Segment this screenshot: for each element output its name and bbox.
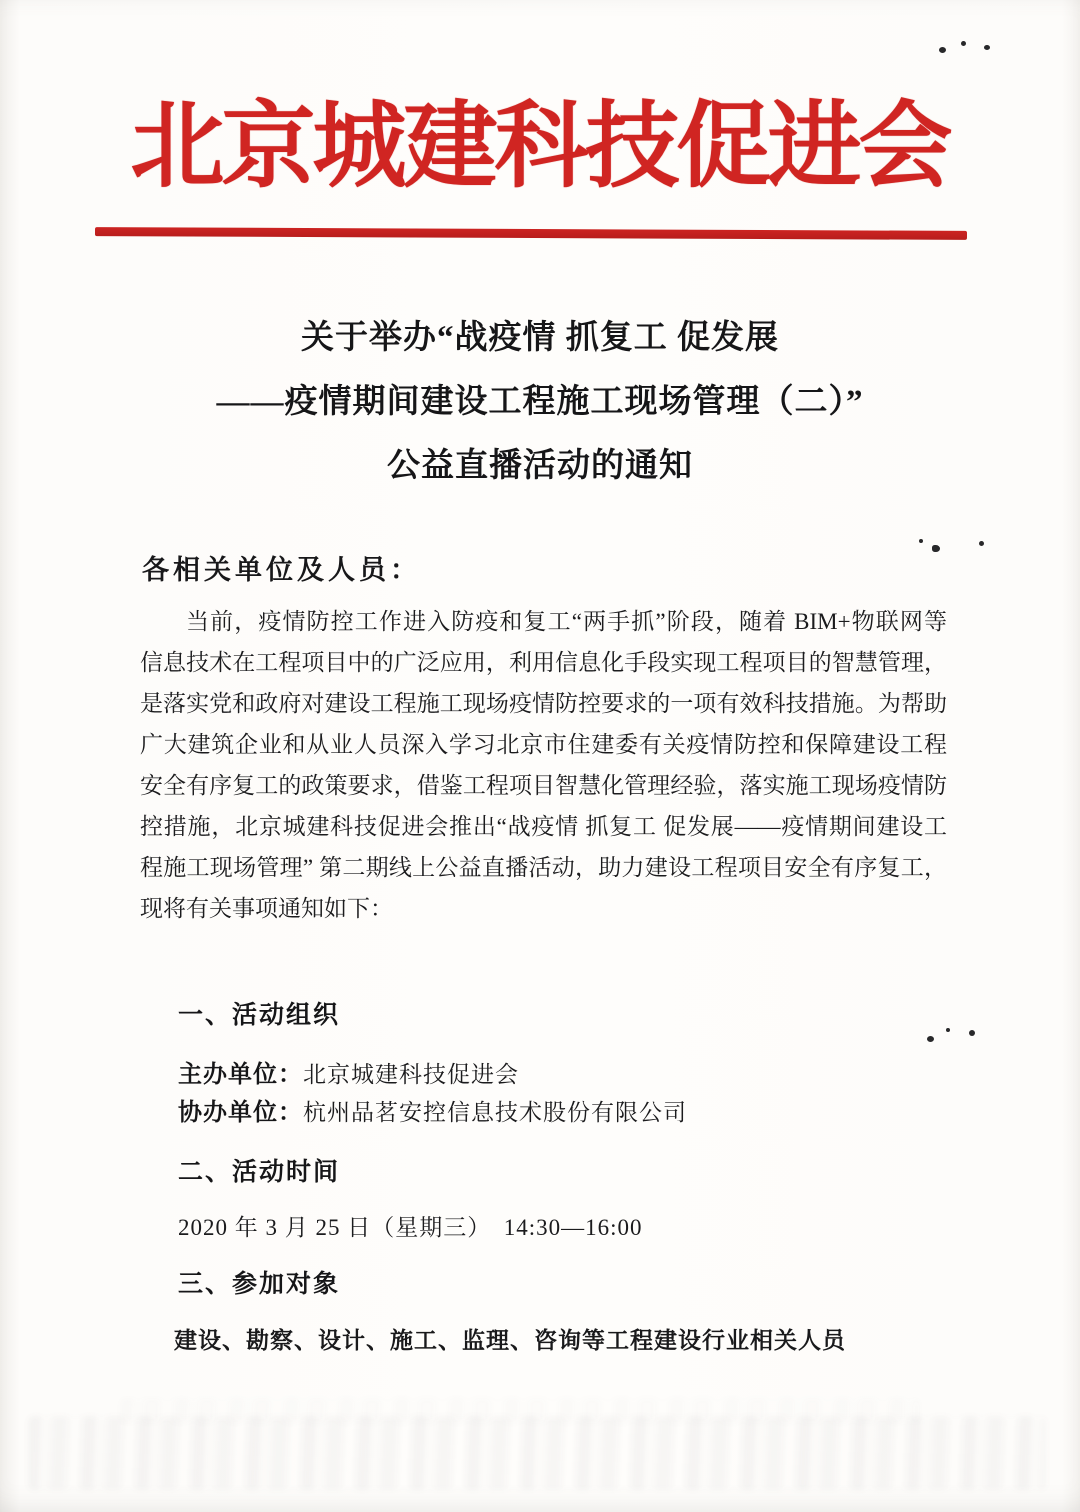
bleed-through-ghost	[28, 1416, 1046, 1490]
notice-title-line-2: ——疫情期间建设工程施工现场管理（二）”	[70, 370, 1010, 434]
section-heading-participants: 三、参加对象	[178, 1264, 340, 1300]
letterhead-title: 北京城建科技促进会	[0, 100, 1080, 194]
notice-title-line-1: 关于举办“战疫情 抓复工 促发展	[70, 306, 1010, 370]
salutation: 各相关单位及人员：	[142, 548, 421, 587]
body-paragraph: 当前，疫情防控工作进入防疫和复工“两手抓”阶段，随着 BIM+物联网等 信息技术…	[140, 601, 947, 929]
section-heading-time: 二、活动时间	[178, 1152, 340, 1188]
scan-speck	[984, 45, 990, 50]
scan-speck	[969, 1030, 975, 1036]
scan-speck	[961, 41, 966, 46]
cohost-unit-row: 协办单位：杭州品茗安控信息技术股份有限公司	[178, 1092, 687, 1127]
cohost-unit-label: 协办单位：	[178, 1099, 303, 1126]
paragraph-line: 是落实党和政府对建设工程施工现场疫情防控要求的一项有效科技措施。为帮助	[140, 683, 947, 724]
scan-speck	[979, 541, 984, 546]
scan-speck	[939, 47, 946, 53]
scan-speck	[932, 545, 940, 552]
event-datetime: 2020 年 3 月 25 日（星期三） 14:30—16:00	[178, 1209, 643, 1242]
paragraph-line: 控措施，北京城建科技促进会推出“战疫情 抓复工 促发展——疫情期间建设工	[140, 806, 947, 847]
cohost-unit-value: 杭州品茗安控信息技术股份有限公司	[303, 1100, 687, 1125]
scan-speck	[927, 1036, 934, 1042]
paragraph-line: 信息技术在工程项目中的广泛应用，利用信息化手段实现工程项目的智慧管理，	[140, 642, 947, 683]
host-unit-row: 主办单位：北京城建科技促进会	[178, 1054, 519, 1089]
host-unit-value: 北京城建科技促进会	[303, 1062, 519, 1087]
host-unit-label: 主办单位：	[178, 1061, 303, 1088]
paragraph-line: 程施工现场管理” 第二期线上公益直播活动，助力建设工程项目安全有序复工，	[140, 847, 947, 888]
notice-title: 关于举办“战疫情 抓复工 促发展 ——疫情期间建设工程施工现场管理（二）” 公益…	[70, 306, 1010, 498]
notice-title-line-3: 公益直播活动的通知	[70, 434, 1010, 498]
bleed-through-ghost	[120, 1398, 920, 1424]
paragraph-line: 广大建筑企业和从业人员深入学习北京市住建委有关疫情防控和保障建设工程	[140, 724, 947, 765]
letterhead-divider-rule	[95, 227, 967, 240]
section-heading-organization: 一、活动组织	[178, 995, 340, 1031]
participants-line: 建设、勘察、设计、施工、监理、咨询等工程建设行业相关人员	[174, 1322, 846, 1355]
paragraph-line: 当前，疫情防控工作进入防疫和复工“两手抓”阶段，随着 BIM+物联网等	[140, 601, 947, 642]
scan-speck	[946, 1028, 950, 1032]
paragraph-line: 现将有关事项通知如下：	[140, 888, 947, 929]
scan-speck	[919, 539, 923, 543]
paragraph-line: 安全有序复工的政策要求，借鉴工程项目智慧化管理经验，落实施工现场疫情防	[140, 765, 947, 806]
scanned-notice-page: 北京城建科技促进会 关于举办“战疫情 抓复工 促发展 ——疫情期间建设工程施工现…	[0, 0, 1080, 1512]
